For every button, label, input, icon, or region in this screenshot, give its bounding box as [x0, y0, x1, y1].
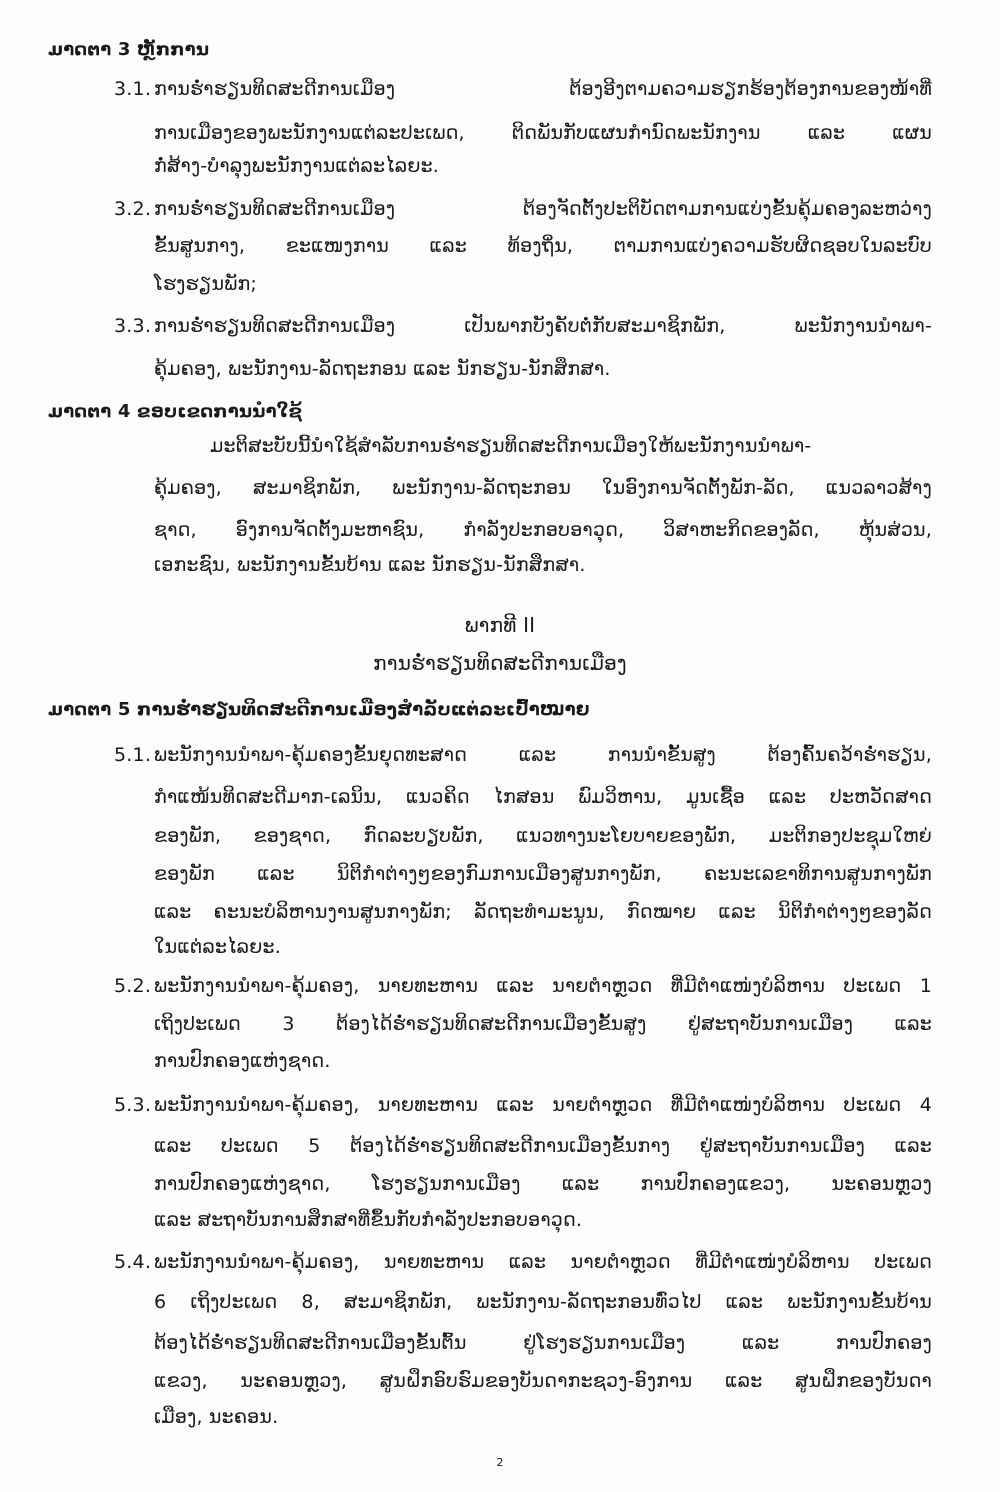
part-subtitle: ການຮໍ່າຮຽນທິດສະດີການເມືອງ [0, 651, 1000, 675]
item-number-3-3: 3.3. [114, 314, 151, 338]
page-number: 2 [0, 1456, 1000, 1469]
item-number-3-1: 3.1. [114, 77, 151, 101]
item-5-1-line-3: ຂອງພັກ, ຂອງຊາດ, ກົດລະບຽບພັກ, ແນວທາງນະໂຍບ… [154, 824, 932, 848]
item-5-4-line-1: ພະນັກງານນໍາພາ-ຄຸ້ມຄອງ, ນາຍທະຫານ ແລະ ນາຍຕ… [154, 1250, 932, 1274]
item-5-1-line-6: ໃນແຕ່ລະໄລຍະ. [154, 935, 281, 959]
article-3-heading: ມາດຕາ 3 ຫຼັກການ [48, 38, 209, 62]
item-5-1-line-5: ແລະ ຄະນະບໍລິຫານງານສູນກາງພັກ; ລັດຖະທໍາມະນ… [154, 900, 932, 924]
item-number-5-4: 5.4. [114, 1250, 151, 1274]
item-5-3-line-3: ການປົກຄອງແຫ່ງຊາດ, ໂຮງຮຽນການເມືອງ ແລະ ການ… [154, 1172, 932, 1196]
item-number-3-2: 3.2. [114, 197, 151, 221]
item-5-3-line-4: ແລະ ສະຖາບັນການສຶກສາທີ່ຂຶ້ນກັບກໍາລັງປະກອບ… [154, 1208, 582, 1232]
article-4-line-2: ຄຸ້ມຄອງ, ສະມາຊິກພັກ, ພະນັກງານ-ລັດຖະກອນ ໃ… [154, 476, 932, 500]
item-5-4-line-3: ຕ້ອງໄດ້ຮໍ່າຮຽນທິດສະດີການເມືອງຂັ້ນຕົ້ນ ຢູ… [154, 1331, 932, 1355]
item-5-4-line-4: ແຂວງ, ນະຄອນຫຼວງ, ສູນຝຶກອົບຮົມຂອງບັນດາກະຊ… [154, 1369, 932, 1393]
article-4-line-1: ມະຕິສະບັບນີ້ນໍາໃຊ້ສໍາລັບການຮໍ່າຮຽນທິດສະດ… [210, 434, 932, 458]
item-number-5-3: 5.3. [114, 1093, 151, 1117]
item-5-3-line-1: ພະນັກງານນໍາພາ-ຄຸ້ມຄອງ, ນາຍທະຫານ ແລະ ນາຍຕ… [154, 1093, 932, 1117]
item-3-2-line-2: ຂັ້ນສູນກາງ, ຂະແໜງການ ແລະ ທ້ອງຖິ່ນ, ຕາມກາ… [154, 234, 932, 258]
item-5-4-line-5: ເມືອງ, ນະຄອນ. [154, 1405, 278, 1429]
item-5-2-line-3: ການປົກຄອງແຫ່ງຊາດ. [154, 1049, 331, 1073]
part-title: ພາກທີ II [0, 613, 1000, 637]
article-5-heading: ມາດຕາ 5 ການຮໍ່າຮຽນທິດສະດີການເມືອງສໍາລັບແ… [48, 698, 590, 722]
item-5-1-line-2: ກໍາແໜ້ນທິດສະດີມາກ-ເລນິນ, ແນວຄິດ ໄກສອນ ພົ… [154, 785, 932, 809]
item-3-2-line-3: ໂຮງຮຽນພັກ; [154, 272, 257, 296]
item-3-1-line-1: ການຮໍ່າຮຽນທິດສະດີການເມືອງ ຕ້ອງອີງຕາມຄວາມ… [154, 77, 932, 101]
document-page: ມາດຕາ 3 ຫຼັກການ 3.1. ການຮໍ່າຮຽນທິດສະດີກາ… [0, 0, 1000, 1492]
item-5-1-line-1: ພະນັກງານນໍາພາ-ຄຸ້ມຄອງຂັ້ນຍຸດທະສາດ ແລະ ກາ… [154, 743, 932, 767]
item-3-3-line-1: ການຮໍ່າຮຽນທິດສະດີການເມືອງ ເປັນພາກບັງຄັບຕ… [154, 314, 932, 338]
item-5-1-line-4: ຂອງພັກ ແລະ ນິຕິກໍາຕ່າງໆຂອງກົມການເມືອງສູນ… [154, 862, 932, 886]
article-4-line-3: ຊາດ, ອົງການຈັດຕັ້ງມະຫາຊົນ, ກໍາລັງປະກອບອາ… [154, 518, 932, 542]
item-3-2-line-1: ການຮໍ່າຮຽນທິດສະດີການເມືອງ ຕ້ອງຈັດຕັ້ງປະຕ… [154, 197, 932, 221]
item-3-3-line-2: ຄຸ້ມຄອງ, ພະນັກງານ-ລັດຖະກອນ ແລະ ນັກຮຽນ-ນັ… [154, 357, 611, 381]
item-number-5-1: 5.1. [114, 743, 151, 767]
article-4-heading: ມາດຕາ 4 ຂອບເຂດການນໍາໃຊ້ [48, 400, 302, 424]
article-4-line-4: ເອກະຊົນ, ພະນັກງານຂັ້ນບ້ານ ແລະ ນັກຮຽນ-ນັກ… [154, 553, 586, 577]
item-5-3-line-2: ແລະ ປະເພດ 5 ຕ້ອງໄດ້ຮໍ່າຮຽນທິດສະດີການເມືອ… [154, 1134, 932, 1158]
item-3-1-line-2: ການເມືອງຂອງພະນັກງານແຕ່ລະປະເພດ, ຕິດພັນກັບ… [154, 121, 932, 145]
item-5-2-line-2: ເຖິງປະເພດ 3 ຕ້ອງໄດ້ຮໍ່າຮຽນທິດສະດີການເມືອ… [154, 1012, 932, 1036]
item-5-4-line-2: 6 ເຖິງປະເພດ 8, ສະມາຊິກພັກ, ພະນັກງານ-ລັດຖ… [154, 1290, 932, 1314]
item-3-1-line-3: ກໍ່ສ້າງ-ບໍາລຸງພະນັກງານແຕ່ລະໄລຍະ. [154, 154, 439, 178]
item-5-2-line-1: ພະນັກງານນໍາພາ-ຄຸ້ມຄອງ, ນາຍທະຫານ ແລະ ນາຍຕ… [154, 974, 932, 998]
item-number-5-2: 5.2. [114, 974, 151, 998]
